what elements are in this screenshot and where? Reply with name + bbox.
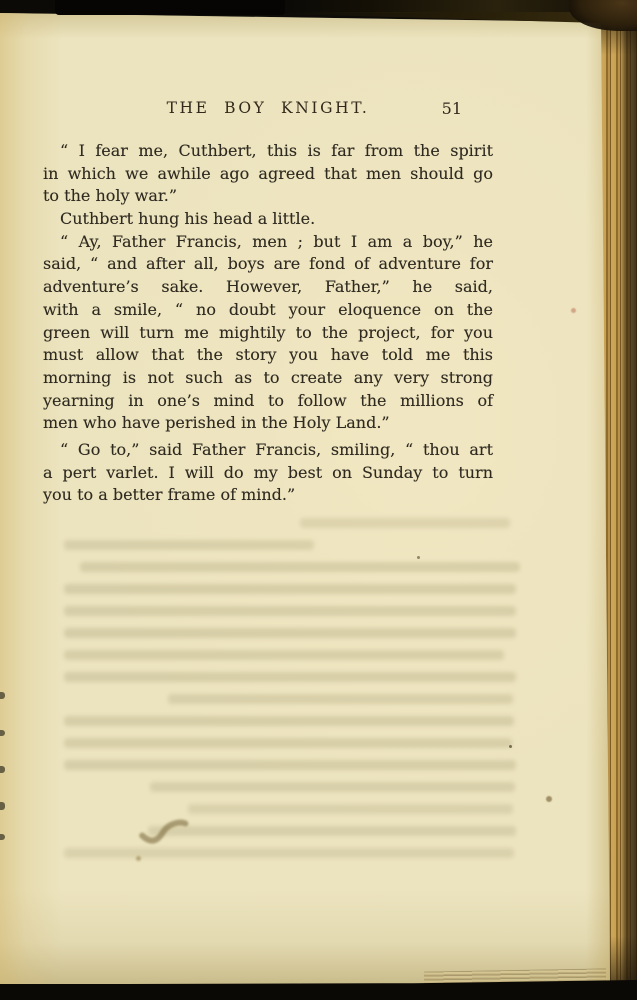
gutter-ink-mark <box>0 766 5 773</box>
gutter-ink-mark <box>0 802 5 810</box>
text-line: to the holy war.” <box>43 185 493 208</box>
paragraph: Cuthbert hung his head a little. <box>43 208 493 231</box>
page-header: THE BOY KNIGHT. 51 <box>43 99 493 119</box>
bleedthrough-line <box>64 716 514 726</box>
text-line: a pert varlet. I will do my best on Sund… <box>43 462 493 485</box>
text-line: adventure’s sake. However, Father,” he s… <box>43 276 493 299</box>
scan-top-border-dark <box>55 0 285 15</box>
text-line: “ I fear me, Cuthbert, this is far from … <box>43 140 493 163</box>
bleedthrough-line <box>188 804 513 814</box>
scanned-book-photo: THE BOY KNIGHT. 51 “ I fear me, Cuthbert… <box>0 0 637 1000</box>
bleedthrough-line <box>168 694 513 704</box>
bleedthrough-line <box>150 782 515 792</box>
pen-mark <box>136 815 192 849</box>
text-line: green will turn me mightily to the proje… <box>43 322 493 345</box>
text-line: men who have perished in the Holy Land.” <box>43 412 493 435</box>
bleedthrough-line <box>80 562 520 572</box>
bleedthrough-line <box>64 760 516 770</box>
text-line: with a smile, “ no doubt your eloquence … <box>43 299 493 322</box>
text-line: yearning in one’s mind to follow the mil… <box>43 390 493 413</box>
text-line: in which we awhile ago agreed that men s… <box>43 163 493 186</box>
stain-speck <box>546 796 552 802</box>
text-line: “ Ay, Father Francis, men ; but I am a b… <box>43 231 493 254</box>
text-line: morning is not such as to create any ver… <box>43 367 493 390</box>
text-line: “ Go to,” said Father Francis, smiling, … <box>43 439 493 462</box>
paragraph: “ Go to,” said Father Francis, smiling, … <box>43 439 493 507</box>
gutter-ink-mark <box>0 730 5 736</box>
bleedthrough-line <box>64 848 514 858</box>
bleedthrough-line <box>64 672 516 682</box>
text-line: must allow that the story you have told … <box>43 344 493 367</box>
page-number: 51 <box>442 99 462 118</box>
bleedthrough-line <box>64 606 516 616</box>
bleedthrough-line <box>300 518 510 528</box>
stain-speck <box>509 745 512 748</box>
book-page: THE BOY KNIGHT. 51 “ I fear me, Cuthbert… <box>0 13 612 984</box>
bleedthrough-line <box>64 738 512 748</box>
bleedthrough-line <box>64 628 516 638</box>
stain-speck <box>571 308 576 313</box>
page-body-text: “ I fear me, Cuthbert, this is far from … <box>43 140 493 507</box>
paragraph: “ I fear me, Cuthbert, this is far from … <box>43 140 493 208</box>
text-line: said, “ and after all, boys are fond of … <box>43 253 493 276</box>
bleedthrough-line <box>64 650 504 660</box>
bleedthrough-line <box>64 584 516 594</box>
gutter-ink-mark <box>0 834 5 840</box>
running-title: THE BOY KNIGHT. <box>43 99 493 117</box>
stain-speck <box>417 556 420 559</box>
text-line: you to a better frame of mind.” <box>43 484 493 507</box>
bleedthrough-line <box>64 540 314 550</box>
paragraph: “ Ay, Father Francis, men ; but I am a b… <box>43 231 493 435</box>
bleedthrough-line <box>148 826 516 836</box>
stain-speck <box>136 856 141 861</box>
text-line: Cuthbert hung his head a little. <box>43 208 493 231</box>
gutter-ink-mark <box>0 692 5 699</box>
